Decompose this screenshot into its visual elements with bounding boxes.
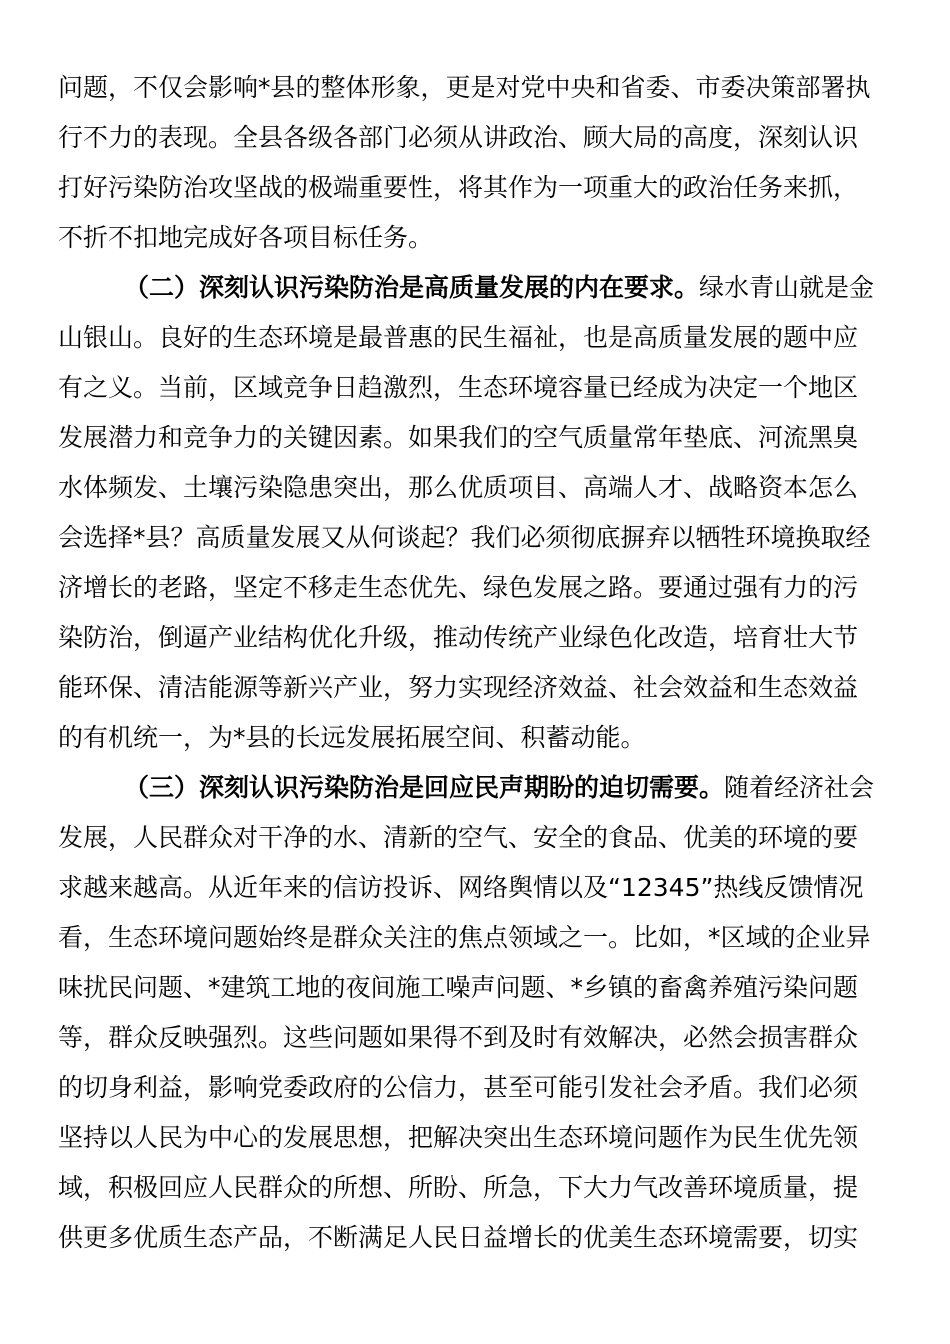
text-line: 能环保、清洁能源等新兴产业，努力实现经济效益、社会效益和生态效益 (58, 663, 890, 713)
text-span: 绿水青山就是金 (699, 273, 874, 302)
text-line: 会选择*县？高质量发展又从何谈起？我们必须彻底摒弃以牺牲环境换取经 (58, 513, 890, 563)
text-line: 的切身利益，影响党委政府的公信力，甚至可能引发社会矛盾。我们必须 (58, 1063, 890, 1113)
paragraph-section-two: （二）深刻认识污染防治是高质量发展的内在要求。绿水青山就是金 山银山。良好的生态… (58, 263, 890, 763)
text-line: 济增长的老路，坚定不移走生态优先、绿色发展之路。要通过强有力的污 (58, 563, 890, 613)
text-line: 打好污染防治攻坚战的极端重要性，将其作为一项重大的政治任务来抓， (58, 163, 890, 213)
text-line: 染防治，倒逼产业结构优化升级，推动传统产业绿色化改造，培育壮大节 (58, 613, 890, 663)
text-line: 的有机统一，为*县的长远发展拓展空间、积蓄动能。 (58, 713, 890, 763)
text-line: 不折不扣地完成好各项目标任务。 (58, 213, 890, 263)
first-line: （二）深刻认识污染防治是高质量发展的内在要求。绿水青山就是金 (58, 263, 890, 313)
text-line: 坚持以人民为中心的发展思想，把解决突出生态环境问题作为民生优先领 (58, 1113, 890, 1163)
text-line: 求越来越高。从近年来的信访投诉、网络舆情以及“12345”热线反馈情况 (58, 863, 890, 913)
text-line: 行不力的表现。全县各级各部门必须从讲政治、顾大局的高度，深刻认识 (58, 113, 890, 163)
text-line: 发展潜力和竞争力的关键因素。如果我们的空气质量常年垫底、河流黑臭 (58, 413, 890, 463)
section-heading: （三）深刻认识污染防治是回应民声期盼的迫切需要。 (124, 773, 724, 802)
document-page: 问题，不仅会影响*县的整体形象，更是对党中央和省委、市委决策部署执 行不力的表现… (58, 63, 890, 1263)
text-line: 发展，人民群众对干净的水、清新的空气、安全的食品、优美的环境的要 (58, 813, 890, 863)
first-line: （三）深刻认识污染防治是回应民声期盼的迫切需要。随着经济社会 (58, 763, 890, 813)
text-line: 等，群众反映强烈。这些问题如果得不到及时有效解决，必然会损害群众 (58, 1013, 890, 1063)
text-line: 水体频发、土壤污染隐患突出，那么优质项目、高端人才、战略资本怎么 (58, 463, 890, 513)
text-line: 山银山。良好的生态环境是最普惠的民生福祉，也是高质量发展的题中应 (58, 313, 890, 363)
text-line: 有之义。当前，区域竞争日趋激烈，生态环境容量已经成为决定一个地区 (58, 363, 890, 413)
text-line: 问题，不仅会影响*县的整体形象，更是对党中央和省委、市委决策部署执 (58, 63, 890, 113)
text-span: 随着经济社会 (724, 773, 874, 802)
text-line: 味扰民问题、*建筑工地的夜间施工噪声问题、*乡镇的畜禽养殖污染问题 (58, 963, 890, 1013)
section-heading: （二）深刻认识污染防治是高质量发展的内在要求。 (124, 273, 699, 302)
text-line: 看，生态环境问题始终是群众关注的焦点领域之一。比如，*区域的企业异 (58, 913, 890, 963)
paragraph-section-three: （三）深刻认识污染防治是回应民声期盼的迫切需要。随着经济社会 发展，人民群众对干… (58, 763, 890, 1263)
paragraph-continued: 问题，不仅会影响*县的整体形象，更是对党中央和省委、市委决策部署执 行不力的表现… (58, 63, 890, 263)
text-line: 域，积极回应人民群众的所想、所盼、所急，下大力气改善环境质量，提 (58, 1163, 890, 1213)
text-line: 供更多优质生态产品，不断满足人民日益增长的优美生态环境需要，切实 (58, 1213, 890, 1263)
